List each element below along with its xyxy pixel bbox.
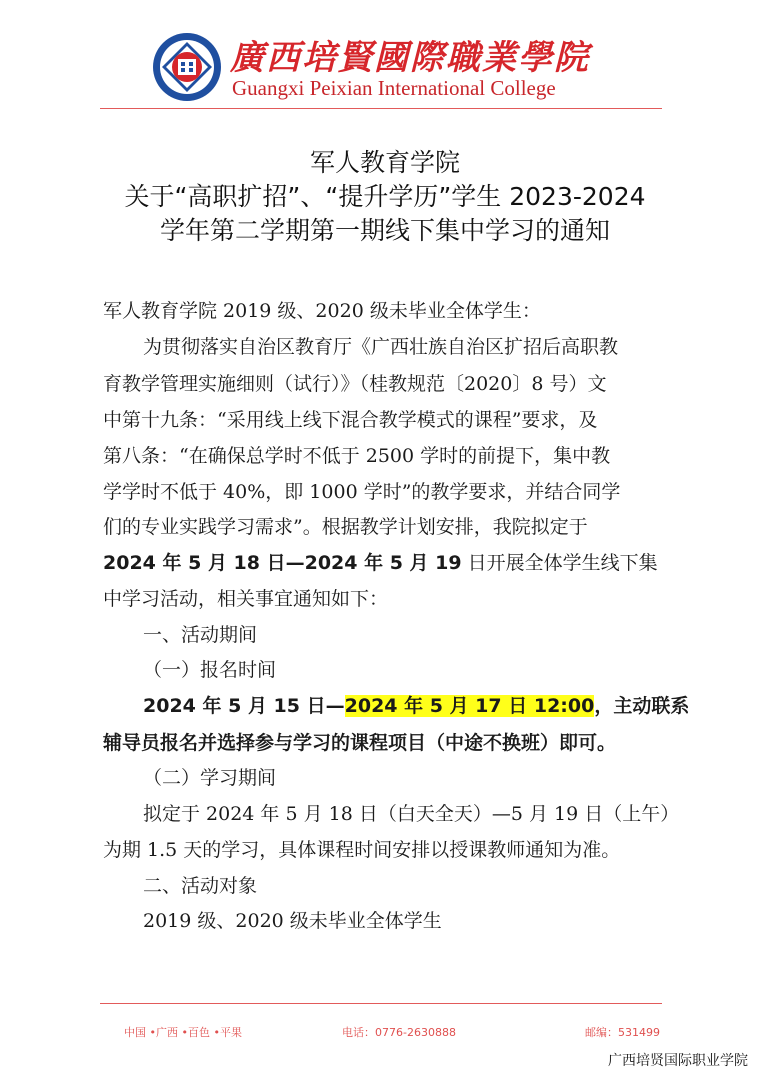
- header-divider: [100, 108, 662, 109]
- notice-title-line-2: 关于“高职扩招”、“提升学历”学生 2023-2024: [90, 180, 680, 214]
- footer-postcode: 邮编：531499: [585, 1024, 660, 1040]
- paragraph-line-dates: 2024 年 5 月 18 日—2024 年 5 月 19 日开展全体学生线下集: [103, 548, 658, 578]
- study-period-line: 拟定于 2024 年 5 月 18 日（白天全天）—5 月 19 日（上午）: [143, 799, 679, 829]
- registration-instruction: 辅导员报名并选择参与学习的课程项目（中途不换班）即可。: [103, 728, 616, 758]
- paragraph-line: 学学时不低于 40%，即 1000 学时”的教学要求，并结合同学: [103, 477, 620, 507]
- paragraph-line: 中学习活动，相关事宜通知如下：: [103, 584, 388, 614]
- footer-divider: [100, 1003, 662, 1004]
- college-name-en: Guangxi Peixian International College: [232, 76, 556, 101]
- college-emblem-icon: [152, 32, 222, 102]
- paragraph-line: 中第十九条：“采用线上线下混合教学模式的课程”要求，及: [103, 405, 597, 435]
- subsection-heading-study: （二）学习期间: [143, 763, 276, 793]
- section-heading-target: 二、活动对象: [143, 871, 257, 901]
- letterhead: 廣西培賢國際職業學院 Guangxi Peixian International…: [150, 28, 620, 108]
- deadline-highlight: 2024 年 5 月 17 日 12:00: [345, 695, 595, 717]
- paragraph-line: 第八条：“在确保总学时不低于 2500 学时的前提下，集中教: [103, 441, 610, 471]
- notice-title-line-3: 学年第二学期第一期线下集中学习的通知: [90, 214, 680, 248]
- paragraph-line: 为贯彻落实自治区教育厅《广西壮族自治区扩招后高职教: [143, 332, 618, 362]
- salutation: 军人教育学院 2019 级、2020 级未毕业全体学生：: [103, 296, 541, 326]
- footer-phone: 电话：0776-2630888: [342, 1024, 456, 1040]
- subsection-heading-registration: （一）报名时间: [143, 655, 276, 685]
- section-heading-period: 一、活动期间: [143, 620, 257, 650]
- footer-address: 中国 •广西 •百色 •平果: [124, 1024, 242, 1040]
- source-watermark: 广西培贤国际职业学院: [608, 1050, 748, 1070]
- paragraph-line: 育教学管理实施细则（试行）》（桂教规范〔2020〕8 号）文: [103, 369, 606, 399]
- paragraph-line: 们的专业实践学习需求”。根据教学计划安排，我院拟定于: [103, 512, 588, 542]
- notice-title-line-1: 军人教育学院: [90, 146, 680, 180]
- activity-dates: 2024 年 5 月 18 日—2024 年 5 月 19: [103, 552, 462, 574]
- registration-dates: 2024 年 5 月 15 日—2024 年 5 月 17 日 12:00，主动…: [143, 691, 689, 721]
- study-period-line: 为期 1.5 天的学习，具体课程时间安排以授课教师通知为准。: [103, 835, 620, 865]
- college-name-cn: 廣西培賢國際職業學院: [230, 30, 590, 79]
- target-students: 2019 级、2020 级未毕业全体学生: [143, 906, 442, 936]
